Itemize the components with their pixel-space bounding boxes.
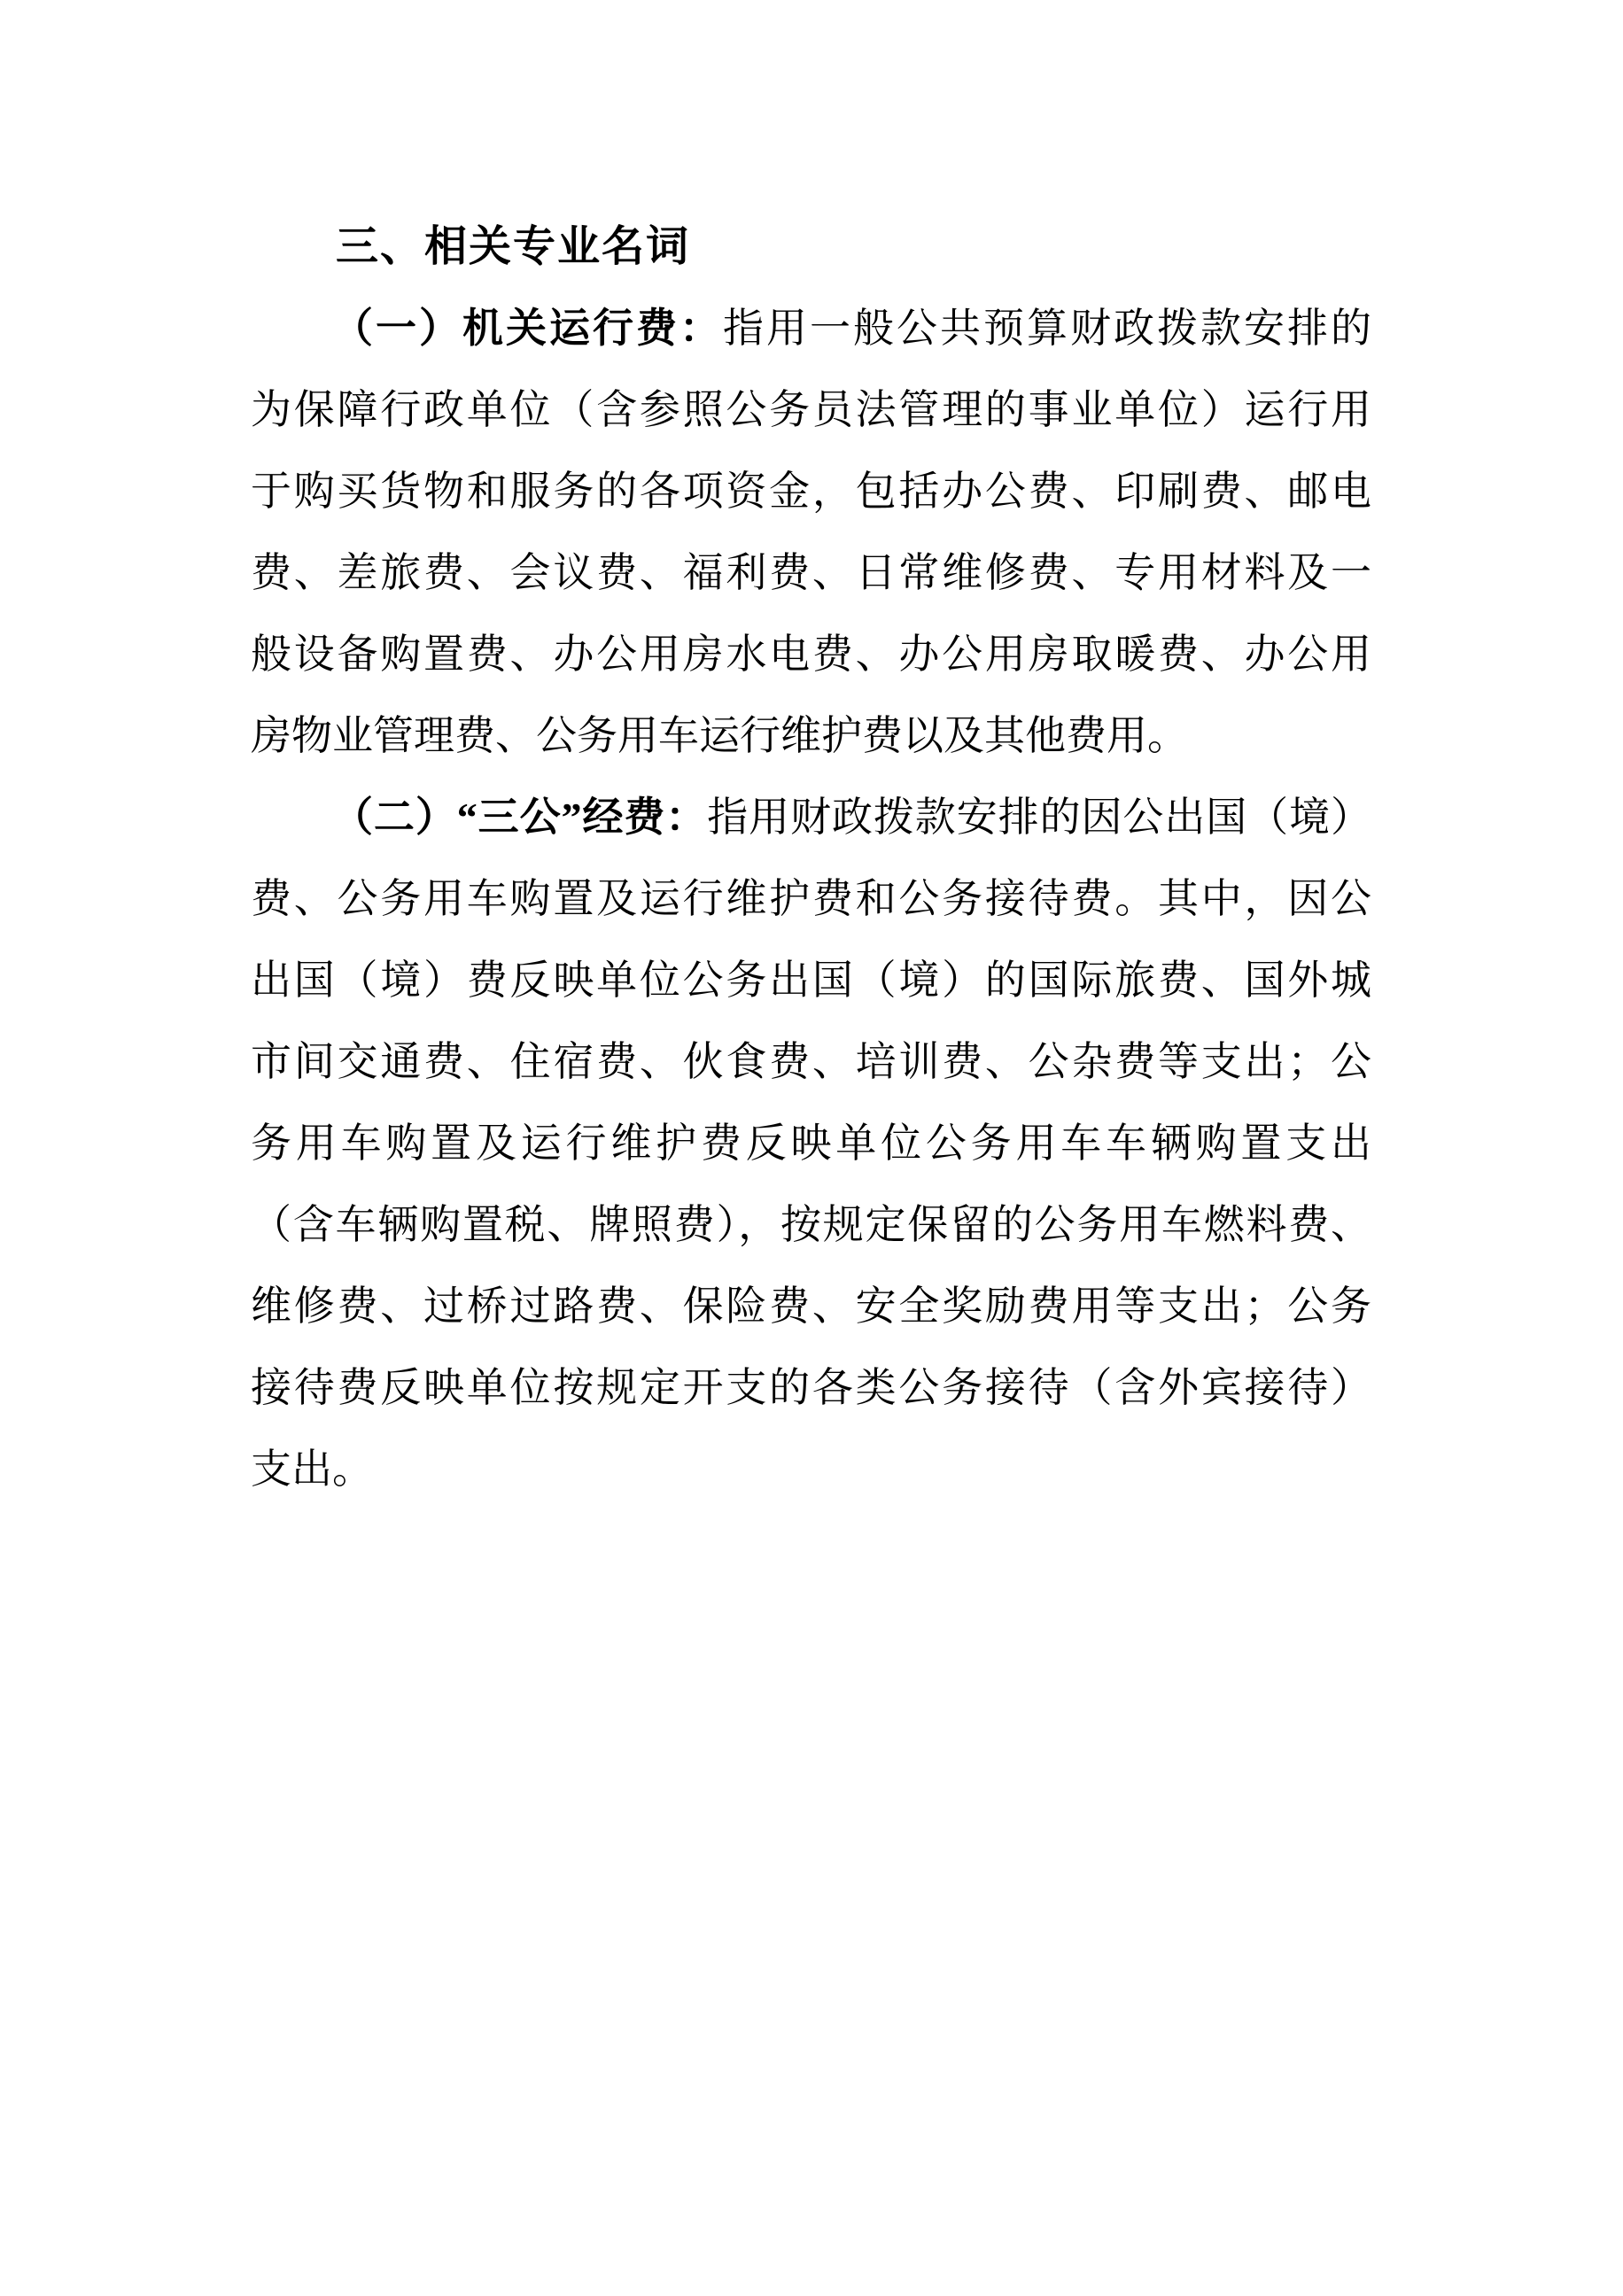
text-line: 市间交通费、住宿费、伙食费、培训费、公杂费等支出；公: [251, 1021, 1371, 1103]
text-line: 于购买货物和服务的各项资金，包括办公费、印刷费、邮电: [251, 451, 1371, 532]
term-1-label: （一）机关运行费：: [332, 306, 723, 351]
term-2-label: （二）“三公”经费：: [332, 795, 707, 840]
term-1-first-line: （一）机关运行费：指用一般公共预算财政拨款安排的: [251, 288, 1371, 369]
text-line: 般设备购置费、办公用房水电费、办公用房取暖费、办公用: [251, 614, 1371, 695]
text-line: （含车辆购置税、牌照费），按规定保留的公务用车燃料费、: [251, 1184, 1371, 1266]
text-line: 接待费反映单位按规定开支的各类公务接待（含外宾接待）: [251, 1347, 1371, 1429]
text-line: 务用车购置及运行维护费反映单位公务用车车辆购置支出: [251, 1103, 1371, 1184]
term-2-definition-start: 指用财政拨款安排的因公出国（境）: [707, 795, 1371, 840]
text-line: 为保障行政单位（含参照公务员法管理的事业单位）运行用: [251, 369, 1371, 451]
section-heading: 三、相关专业名词: [251, 206, 1371, 288]
term-1-definition-start: 指用一般公共预算财政拨款安排的: [723, 306, 1371, 351]
text-line: 费、差旅费、会议费、福利费、日常维修费、专用材料及一: [251, 532, 1371, 614]
text-line: 房物业管理费、公务用车运行维护费以及其他费用。: [251, 695, 1371, 777]
text-line: 费、公务用车购置及运行维护费和公务接待费。其中，因公: [251, 858, 1371, 940]
text-line: 出国（境）费反映单位公务出国（境）的国际旅费、国外城: [251, 940, 1371, 1021]
text-line: 支出。: [251, 1429, 1371, 1510]
term-2-first-line: （二）“三公”经费：指用财政拨款安排的因公出国（境）: [251, 777, 1371, 858]
text-line: 维修费、过桥过路费、保险费、安全奖励费用等支出；公务: [251, 1266, 1371, 1347]
document-content: 三、相关专业名词 （一）机关运行费：指用一般公共预算财政拨款安排的 为保障行政单…: [251, 206, 1371, 1510]
